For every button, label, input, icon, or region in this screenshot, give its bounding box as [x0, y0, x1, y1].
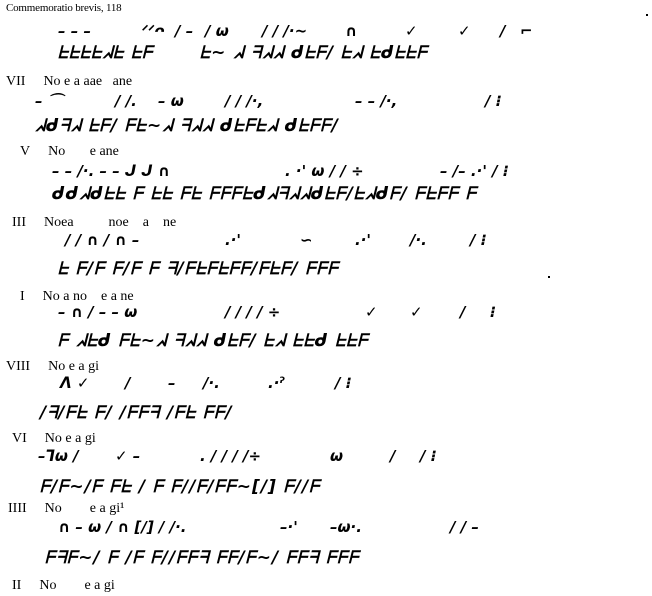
neume-upper-glyph: /·.	[410, 233, 427, 248]
neume-upper-glyph: ✓	[405, 24, 418, 39]
neume-upper-glyph: / ⁝	[485, 94, 501, 109]
neume-lower-glyph: ᖽᑯᖷᖽ ᖶᖴ/ ᖴᖶ~ᖽ ᖷᖽᖽ ᑯᖶᖴᖶᖽ ᑯᖶᖴᖴ/	[35, 118, 339, 135]
neume-upper-glyph: / ⁝	[470, 233, 486, 248]
neume-lower-glyph: ᑯᑯᖽᑯᖶᖶ ᖴ ᖶᖶ ᖴᖶ ᖴᖴᖴᖶᑯᖽᖷᖽᖽᑯᖶᖴ/ᖶᖽᑯᖴ/ ᖴᖶᖴᖴ ᖴ	[52, 186, 477, 203]
syllable-text: No e a gi	[45, 431, 96, 446]
neume-upper-glyph: /	[390, 449, 395, 464]
neume-lower-glyph: ᖶ ᖴ/ᖴ ᖴ/ᖴ ᖴ ᖷ/ᖴᖶᖴᖶᖴᖴ/ᖴᖶᖴ/ ᖴᖴᖴ	[58, 261, 339, 278]
neume-upper-glyph: / / / / ÷	[225, 305, 280, 320]
neume-upper-glyph: – ⌒	[35, 94, 63, 109]
neume-upper-glyph: / ω	[205, 24, 229, 39]
neume-upper-glyph: ⌐	[520, 24, 533, 39]
neume-lower-glyph: ᖴ/ᖴ~/ᖴ ᖴᖶ / ᖴ ᖴ//ᖴ/ᖴᖴ~[/] ᖴ//ᖴ	[40, 479, 320, 496]
mode-numeral: VII	[6, 74, 25, 90]
syllable-text: Noea noe a ne	[44, 215, 176, 230]
neume-upper-glyph: ᐱ ✓	[60, 376, 89, 391]
neume-upper-glyph: ✓	[365, 305, 378, 320]
neume-upper-glyph: / /.	[115, 94, 137, 109]
neume-upper-glyph: / / /·~	[262, 24, 307, 39]
neume-upper-glyph: ✓	[410, 305, 423, 320]
neume-upper-glyph: /	[125, 376, 130, 391]
neume-upper-glyph: / ⁝	[335, 376, 351, 391]
neume-upper-glyph: . / / / /÷	[200, 449, 261, 464]
neume-upper-glyph: .·ˀ	[268, 376, 284, 391]
syllable-text: No e a gi	[39, 578, 114, 593]
neume-upper-glyph: ✓	[458, 24, 471, 39]
neume-upper-glyph: /	[460, 305, 465, 320]
neume-upper-glyph: ω	[330, 449, 343, 464]
mode-numeral: I	[20, 289, 25, 305]
mode-label-row: IIINoea noe a ne	[12, 215, 176, 231]
neume-upper-glyph: ∩	[345, 24, 357, 39]
mode-label-row: VIIINo e a gi	[6, 359, 99, 375]
neume-upper-glyph: ✓ –	[115, 449, 140, 464]
neume-upper-glyph: .·'	[225, 233, 241, 248]
neume-upper-glyph: /	[500, 24, 505, 39]
neume-lower-glyph: ᖶ~ ᖽ ᖷᖽᖽ ᑯᖶᖴ/ ᖶᖽ ᖶᑯᖶᖶᖴ	[200, 45, 428, 62]
mode-numeral: IIII	[8, 501, 27, 517]
neume-upper-glyph: –·'	[280, 520, 298, 535]
neume-upper-glyph: –	[168, 376, 176, 391]
mode-numeral: VIII	[6, 359, 30, 375]
mode-label-row: VINo e a gi	[12, 431, 96, 447]
neume-upper-glyph: – – /·. – – ᒍ ᒍ ∩	[52, 164, 170, 179]
neume-upper-glyph: ∽	[300, 233, 313, 248]
page-title: Commemoratio brevis, 118	[6, 2, 121, 14]
neume-upper-glyph: – ω	[158, 94, 184, 109]
neume-upper-glyph: ᐟᐟᴖ	[142, 24, 165, 39]
mode-label-row: VNo e ane	[20, 144, 119, 160]
neume-lower-glyph: /ᖷ/ᖴᖶ ᖴ/ /ᖴᖴᖷ /ᖴᖶ ᖴᖴ/	[40, 405, 233, 422]
mode-numeral: II	[12, 578, 21, 594]
syllable-text: No e a aae ane	[43, 74, 132, 89]
syllable-text: No e a gi	[48, 359, 99, 374]
neume-upper-glyph: .·'	[355, 233, 371, 248]
neume-upper-glyph: / / /·,	[225, 94, 263, 109]
neume-upper-glyph: – /– .·' / ⁝	[440, 164, 509, 179]
mode-label-row: IINo e a gi	[12, 578, 115, 594]
mode-numeral: V	[20, 144, 30, 160]
neume-upper-glyph: / / ∩ / ∩ –	[65, 233, 139, 248]
mode-label-row: VIINo e a aae ane	[6, 74, 132, 90]
neume-lower-glyph: ᖴ ᖽᖶᑯ ᖴᖶ~ᖽ ᖷᖽᖽ ᑯᖶᖴ/ ᖶᖽ ᖶᖶᑯ ᖶᖶᖴ	[58, 333, 369, 350]
mode-numeral: III	[12, 215, 26, 231]
neume-upper-glyph: – – /·,	[355, 94, 397, 109]
mode-numeral: VI	[12, 431, 27, 447]
neume-upper-glyph: –ᒣω /	[38, 449, 79, 464]
mode-label-row: IIIINo e a gi¹	[8, 501, 124, 517]
syllable-text: No a no e a ne	[43, 289, 134, 304]
neume-upper-glyph: ∩ – ω / ∩ [/] / /·.	[58, 520, 186, 535]
neume-lower-glyph: ᖴᖷᖴ~/ ᖴ /ᖴ ᖴ//ᖴᖴᖷ ᖴᖴ/ᖴ~/ ᖴᖴᖷ ᖴᖴᖴ	[45, 550, 359, 567]
neume-upper-glyph: – ∩ / – – ω	[58, 305, 137, 320]
syllable-text: No e ane	[48, 144, 119, 159]
neume-upper-glyph: / / –	[450, 520, 479, 535]
neume-upper-glyph: ⁝	[490, 305, 496, 320]
neume-upper-glyph: – – –	[58, 24, 91, 39]
neume-lower-glyph: ᖶᖶᖶᖶᖽᖶ ᖶᖴ	[58, 45, 153, 62]
scan-speck	[548, 276, 550, 278]
syllable-text: No e a gi¹	[45, 501, 125, 516]
neume-upper-glyph: –ω·.	[330, 520, 362, 535]
neume-upper-glyph: / –	[175, 24, 193, 39]
scan-speck	[646, 14, 648, 16]
neume-upper-glyph: / ⁝	[420, 449, 436, 464]
neume-upper-glyph: . ·' ω / / ÷	[285, 164, 364, 179]
neume-upper-glyph: /·.	[203, 376, 220, 391]
